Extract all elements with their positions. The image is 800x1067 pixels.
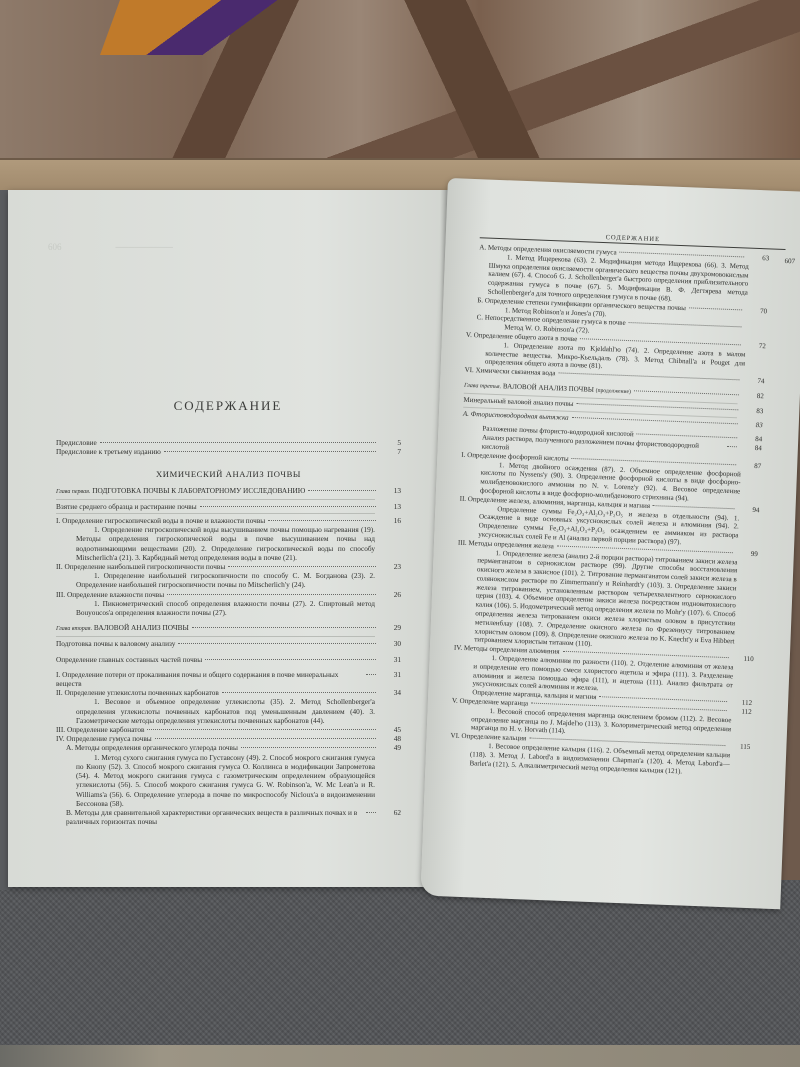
toc-entry: Предисловие к третьему изданию7 [56,447,401,456]
fabric-background [0,880,800,1050]
toc-entry: А. Методы определения органического угле… [56,743,401,752]
section-title: ХИМИЧЕСКИЙ АНАЛИЗ ПОЧВЫ [56,470,401,479]
toc-entry: III. Определение влажности почвы26 [56,590,401,599]
toc-entry: Предисловие5 [56,438,401,447]
toc-entry: IV. Определение гумуса почвы48 [56,734,401,743]
toc-entry: I. Определение гигроскопической воды в п… [56,516,401,525]
toc-right-content: А. Методы определения окисляемости гумус… [449,243,769,779]
toc-entry: Взятие среднего образца и растирание поч… [56,502,401,511]
toc-entry-description: 1. Весовое и объемное определение углеки… [56,697,375,725]
toc-title: СОДЕРЖАНИЕ [8,398,448,414]
toc-entry-description: 1. Определение железа (анализ 2-й порции… [454,547,738,654]
toc-entry: II. Определение наибольшей гигроскопично… [56,562,401,571]
right-page: СОДЕРЖАНИЕ 607 А. Методы определения оки… [420,178,800,909]
left-page: 606 ───────── СОДЕРЖАНИЕ Предисловие5 Пр… [8,190,448,887]
bottom-floor-strip [0,1045,800,1067]
show-through-text: 606 ───────── [48,242,173,252]
toc-entry: III. Определение карбонатов45 [56,725,401,734]
cloth-background [100,0,290,55]
page-number: 607 [784,257,795,265]
toc-entry: I. Определение потери от прокаливания по… [56,670,401,688]
toc-entry: Подготовка почвы к валовому анализу30 [56,639,401,648]
toc-entry-description: 1. Определение гигроскопической воды выс… [56,525,375,562]
toc-entry: Определение главных составных частей поч… [56,655,401,664]
toc-entry: II. Определение углекислоты почвенных ка… [56,688,401,697]
toc-entry: В. Методы для сравнительной характеристи… [56,808,401,826]
toc-entry-description: 1. Пикнометрический способ определения в… [56,599,375,617]
toc-entry-description: 1. Определение наибольшей гигроскопичнос… [56,571,375,589]
chapter-heading: Глава первая. ПОДГОТОВКА ПОЧВЫ К ЛАБОРАТ… [56,486,401,497]
chapter-heading: Глава вторая. ВАЛОВОЙ АНАЛИЗ ПОЧВЫ29 [56,623,401,634]
toc-entry-description: 1. Метод сухого сжигания гумуса по Густа… [56,753,375,808]
toc-left-content: Предисловие5 Предисловие к третьему изда… [56,422,401,826]
